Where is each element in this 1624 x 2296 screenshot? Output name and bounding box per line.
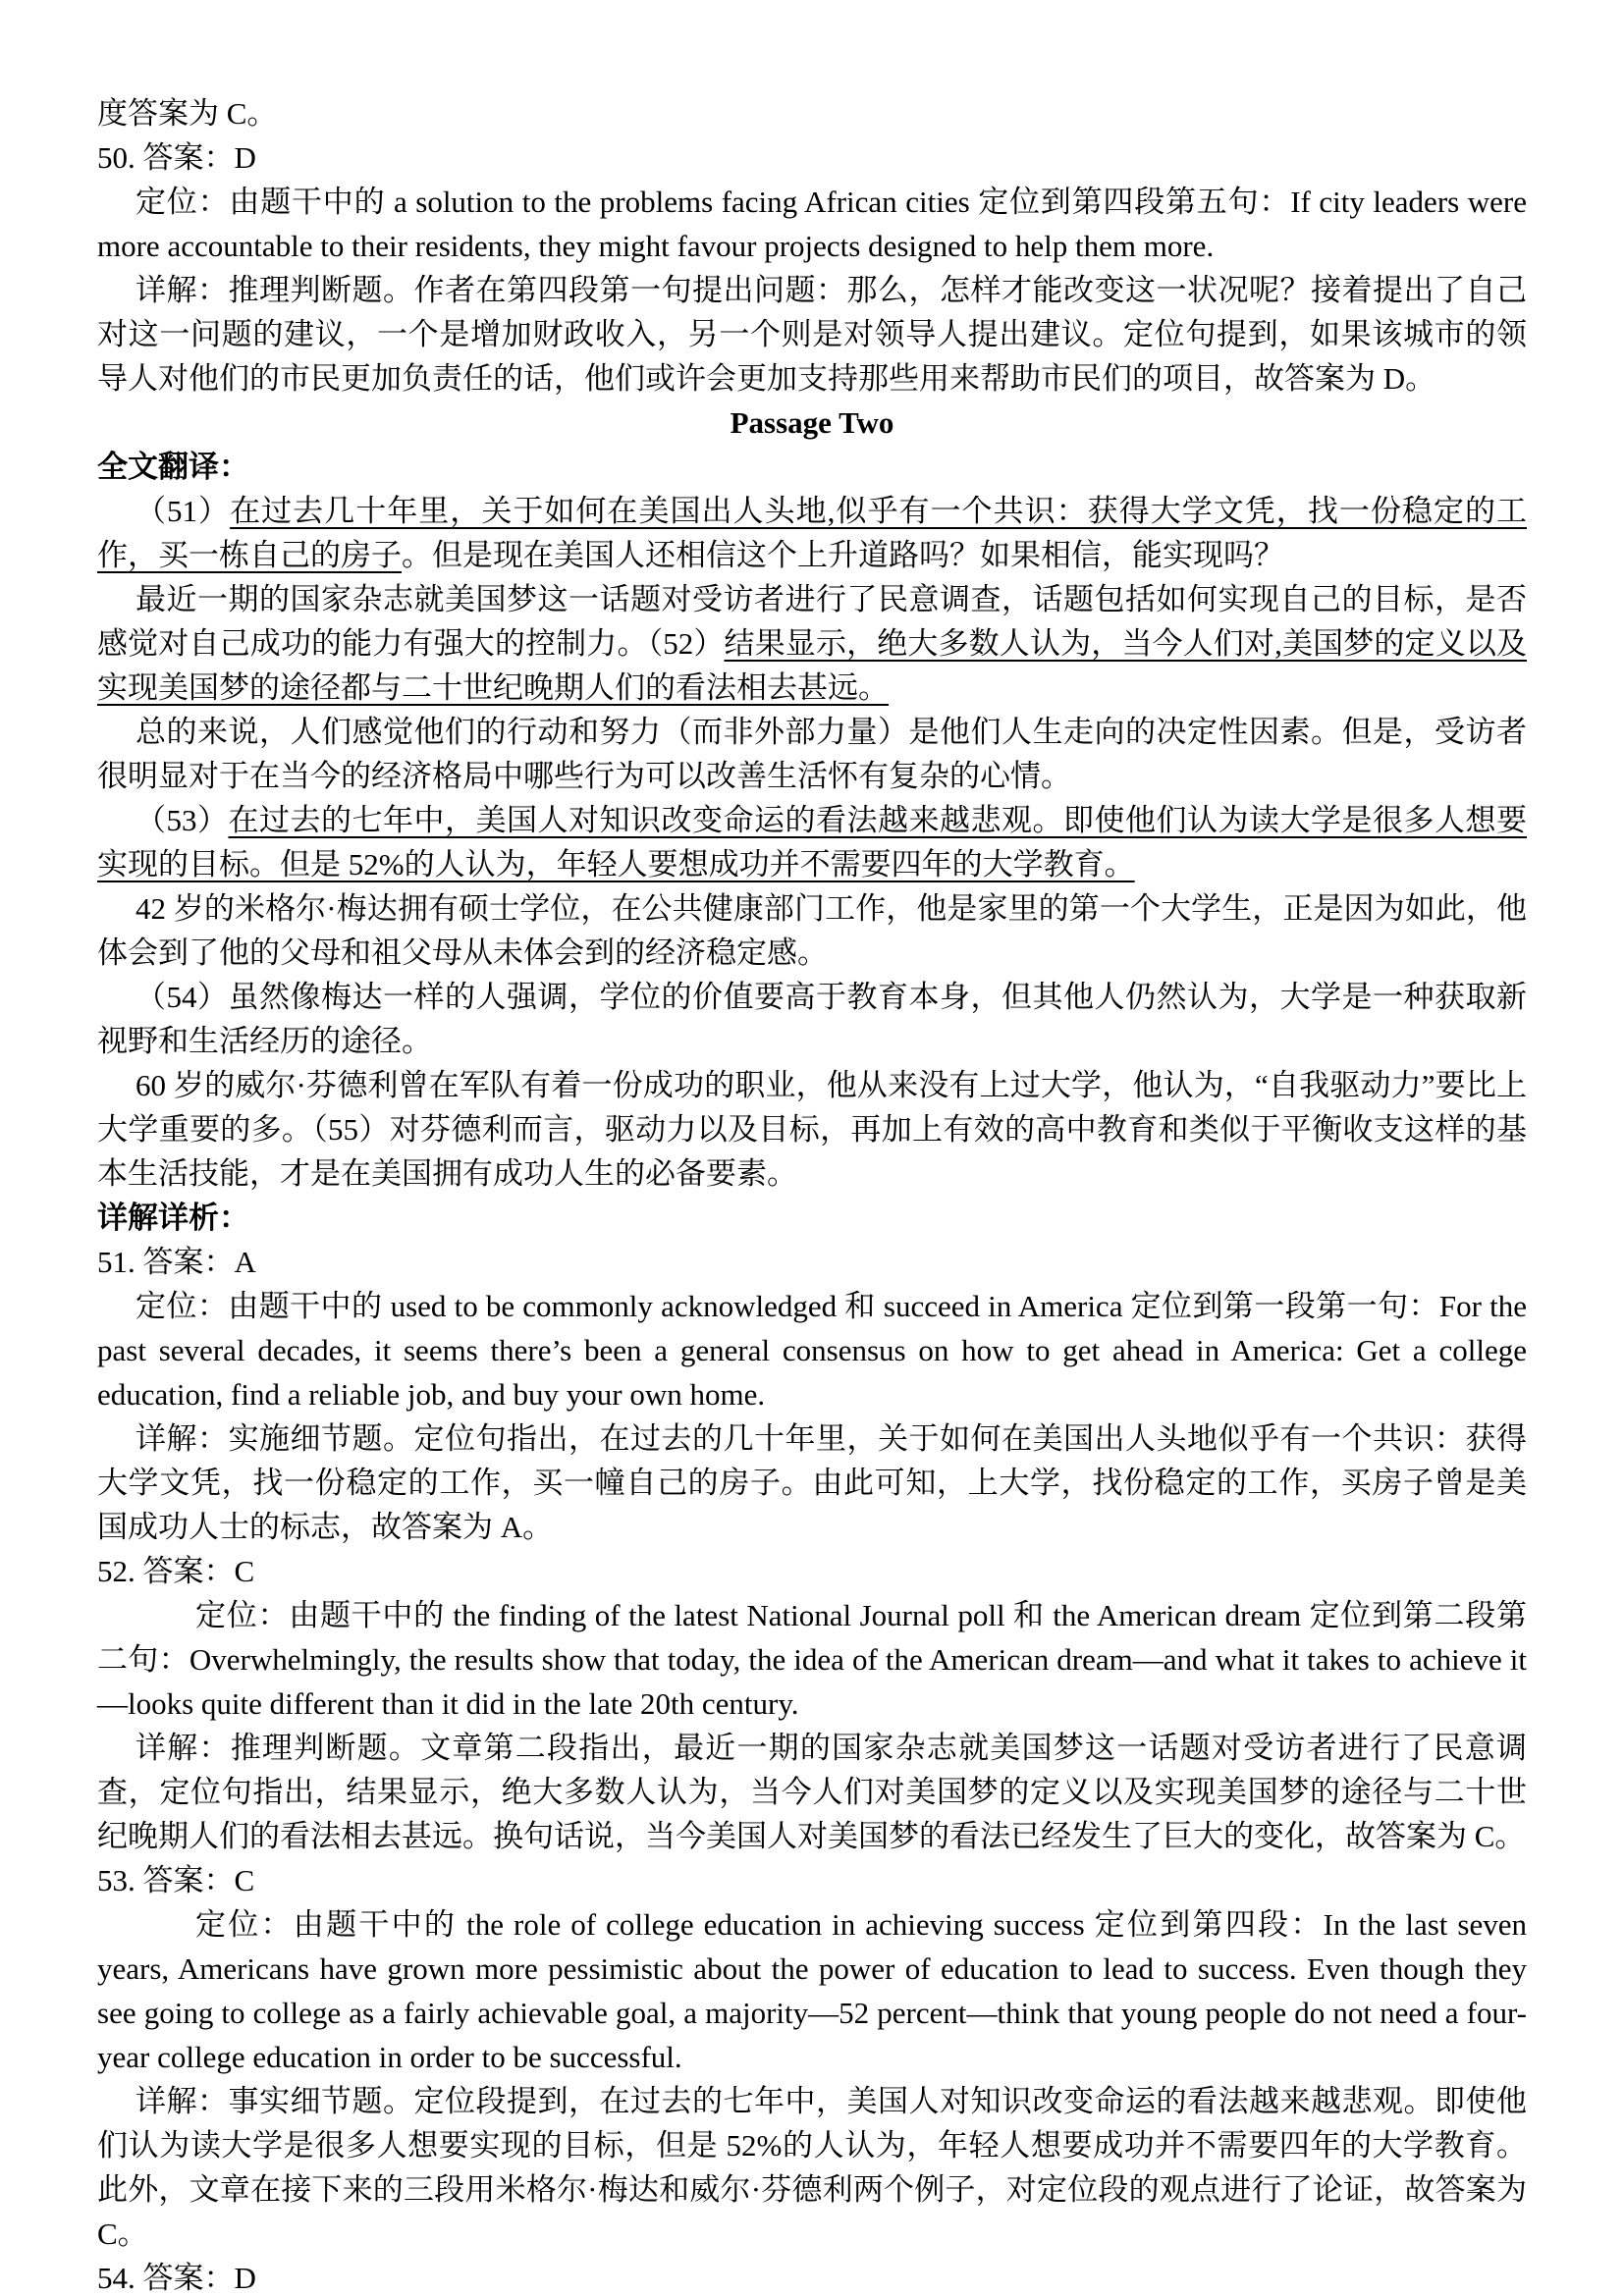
q51-explanation: 详解：实施细节题。定位句指出，在过去的几十年里，关于如何在美国出人头地似乎有一个… — [97, 1416, 1527, 1549]
translation-para-7: 60 岁的威尔·芬德利曾在军队有着一份成功的职业，他从来没有上过大学，他认为，“… — [97, 1063, 1527, 1196]
text-run: 。但是现在美国人还相信这个上升道路吗？如果相信，能实现吗？ — [402, 538, 1284, 572]
q51-answer: 51. 答案：A — [97, 1240, 1527, 1284]
text-run: 详解：事实细节题。定位段提到，在过去的七年中，美国人对知识改变命运的看法越来越悲… — [97, 2084, 1527, 2251]
q50-answer: 50. 答案：D — [97, 135, 1527, 180]
text-run: 定位：由题干中的 a solution to the problems faci… — [97, 185, 1527, 263]
text-run: （53） — [135, 803, 229, 837]
translation-para-2: 最近一期的国家杂志就美国梦这一话题对受访者进行了民意调查，话题包括如何实现自己的… — [97, 577, 1527, 710]
translation-para-5: 42 岁的米格尔·梅达拥有硕士学位，在公共健康部门工作，他是家里的第一个大学生，… — [97, 886, 1527, 975]
q53-location: 定位：由题干中的 the role of college education i… — [97, 1902, 1527, 2079]
q52-location: 定位：由题干中的 the finding of the latest Natio… — [97, 1593, 1527, 1726]
text-run: 总的来说，人们感觉他们的行动和努力（而非外部力量）是他们人生走向的决定性因素。但… — [97, 715, 1527, 793]
underlined-text: 在过去的七年中，美国人对知识改变命运的看法越来越悲观。即使他们认为读大学是很多人… — [97, 803, 1527, 881]
text-run: 详解详析： — [97, 1201, 249, 1235]
q52-explanation: 详解：推理判断题。文章第二段指出，最近一期的国家杂志就美国梦这一话题对受访者进行… — [97, 1726, 1527, 1858]
translation-para-1: （51）在过去几十年里，关于如何在美国出人头地,似乎有一个共识：获得大学文凭，找… — [97, 489, 1527, 577]
text-run: 51. 答案：A — [97, 1245, 256, 1279]
q50-explanation: 详解：推理判断题。作者在第四段第一句提出问题：那么，怎样才能改变这一状况呢？接着… — [97, 268, 1527, 400]
text-run: 度答案为 C。 — [97, 96, 277, 131]
passage-two-title: Passage Two — [97, 400, 1527, 445]
text-run: 详解：推理判断题。作者在第四段第一句提出问题：那么，怎样才能改变这一状况呢？接着… — [97, 273, 1527, 396]
q53-answer: 53. 答案：C — [97, 1858, 1527, 1902]
q54-answer: 54. 答案：D — [97, 2256, 1527, 2296]
text-run: 全文翻译： — [97, 450, 249, 484]
text-run: 定位：由题干中的 used to be commonly acknowledge… — [97, 1289, 1527, 1412]
text-run: 定位：由题干中的 the role of college education i… — [97, 1907, 1527, 2074]
prev-explanation-tail: 度答案为 C。 — [97, 91, 1527, 135]
translation-para-3: 总的来说，人们感觉他们的行动和努力（而非外部力量）是他们人生走向的决定性因素。但… — [97, 710, 1527, 798]
text-run: Passage Two — [731, 405, 894, 440]
q53-explanation: 详解：事实细节题。定位段提到，在过去的七年中，美国人对知识改变命运的看法越来越悲… — [97, 2079, 1527, 2256]
analysis-heading: 详解详析： — [97, 1196, 1527, 1240]
document-page: 度答案为 C。50. 答案：D定位：由题干中的 a solution to th… — [0, 0, 1624, 2296]
text-run: 50. 答案：D — [97, 140, 256, 175]
text-run: 54. 答案：D — [97, 2261, 256, 2295]
text-run: 定位：由题干中的 the finding of the latest Natio… — [97, 1598, 1527, 1721]
text-run: （51） — [135, 494, 230, 528]
q51-location: 定位：由题干中的 used to be commonly acknowledge… — [97, 1284, 1527, 1416]
translation-heading: 全文翻译： — [97, 445, 1527, 489]
translation-para-6: （54）虽然像梅达一样的人强调，学位的价值要高于教育本身，但其他人仍然认为，大学… — [97, 975, 1527, 1063]
translation-para-4: （53）在过去的七年中，美国人对知识改变命运的看法越来越悲观。即使他们认为读大学… — [97, 798, 1527, 886]
text-run: 53. 答案：C — [97, 1863, 254, 1897]
text-run: 60 岁的威尔·芬德利曾在军队有着一份成功的职业，他从来没有上过大学，他认为，“… — [97, 1068, 1527, 1191]
q50-location: 定位：由题干中的 a solution to the problems faci… — [97, 180, 1527, 268]
text-run: 52. 答案：C — [97, 1554, 254, 1588]
text-run: 详解：推理判断题。文章第二段指出，最近一期的国家杂志就美国梦这一话题对受访者进行… — [97, 1731, 1527, 1853]
text-run: 详解：实施细节题。定位句指出，在过去的几十年里，关于如何在美国出人头地似乎有一个… — [97, 1421, 1527, 1544]
text-run: 42 岁的米格尔·梅达拥有硕士学位，在公共健康部门工作，他是家里的第一个大学生，… — [97, 891, 1527, 970]
text-run: （54）虽然像梅达一样的人强调，学位的价值要高于教育本身，但其他人仍然认为，大学… — [97, 980, 1527, 1058]
q52-answer: 52. 答案：C — [97, 1549, 1527, 1593]
